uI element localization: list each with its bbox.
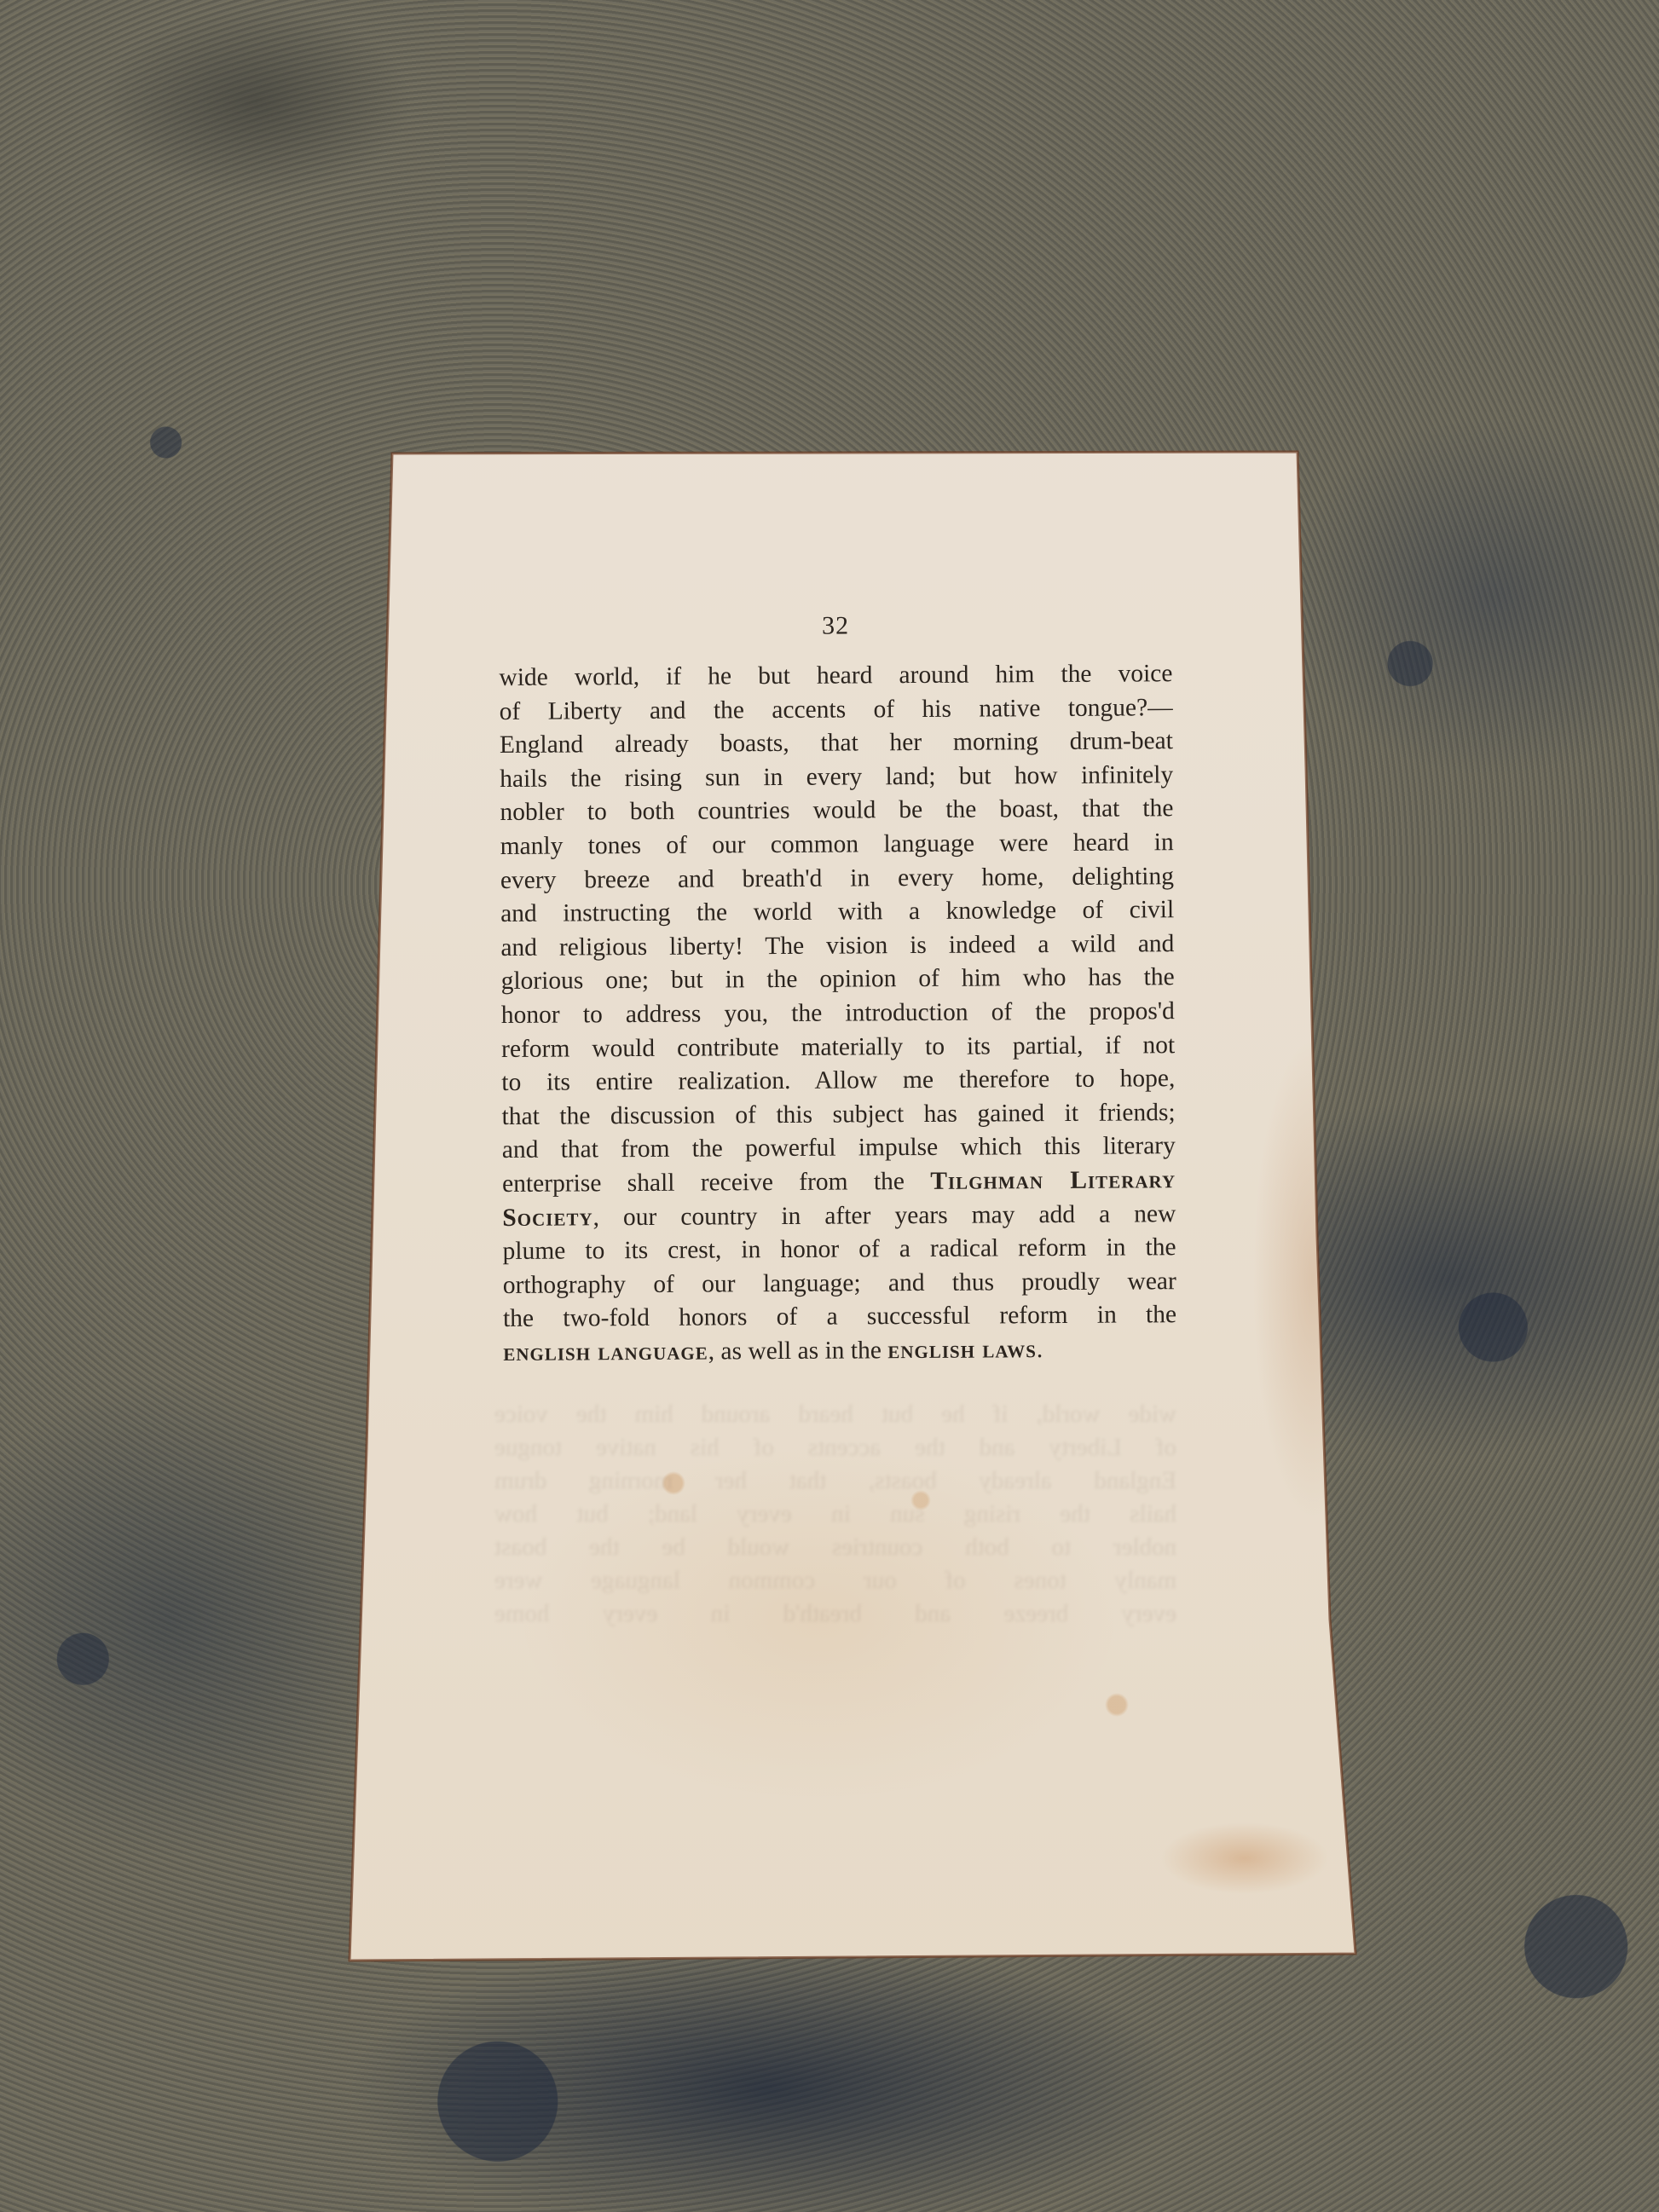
text-line: nobler to both countries would be the bo…: [500, 793, 1173, 830]
text-fragment: enterprise shall receive from the: [502, 1168, 930, 1198]
text-line: wide world, if he but heard around him t…: [499, 657, 1172, 695]
text-line: reform would contribute materially to it…: [501, 1029, 1175, 1066]
text-line: hails the rising sun in every land; but …: [500, 759, 1173, 796]
text-line: glorious one; but in the opinion of him …: [501, 962, 1175, 999]
text-line: to its entire realization. Allow me ther…: [501, 1062, 1175, 1100]
text-line: and instructing the world with a knowled…: [500, 893, 1174, 931]
reverse-side-show-through: wide world, if he but heard around him t…: [494, 1398, 1176, 1631]
page-number: 32: [499, 609, 1172, 643]
text-line: that the discussion of this subject has …: [501, 1096, 1175, 1134]
english-language-phrase: english language: [503, 1337, 708, 1366]
english-laws-phrase: english laws: [887, 1336, 1037, 1364]
text-line: and that from the powerful impulse which…: [502, 1129, 1176, 1167]
text-line: of Liberty and the accents of his native…: [500, 691, 1173, 729]
society-name: Tilghman Literary: [930, 1166, 1176, 1195]
printed-page: 32 wide world, if he but heard around hi…: [499, 609, 1176, 1370]
text-line: and religious liberty! The vision is ind…: [500, 927, 1174, 965]
text-line: the two-fold honors of a successful refo…: [503, 1298, 1176, 1336]
text-fragment: .: [1037, 1336, 1043, 1363]
text-line: enterprise shall receive from the Tilghm…: [502, 1164, 1176, 1201]
text-fragment: , our country in after years may add a n…: [592, 1200, 1176, 1231]
text-line: honor to address you, the introduction o…: [501, 995, 1175, 1032]
text-line: plume to its crest, in honor of a radica…: [502, 1231, 1176, 1268]
text-line-final: english language, as well as in the engl…: [503, 1332, 1176, 1370]
text-line: orthography of our language; and thus pr…: [503, 1265, 1176, 1302]
text-line: England already boasts, that her morning…: [500, 725, 1173, 762]
text-line: Society, our country in after years may …: [502, 1198, 1176, 1235]
body-paragraph: wide world, if he but heard around him t…: [499, 657, 1176, 1370]
text-line: every breeze and breath'd in every home,…: [500, 860, 1174, 898]
society-name-cont: Society: [502, 1204, 592, 1232]
text-line: manly tones of our common language were …: [500, 826, 1174, 863]
text-fragment: , as well as in the: [708, 1337, 888, 1365]
